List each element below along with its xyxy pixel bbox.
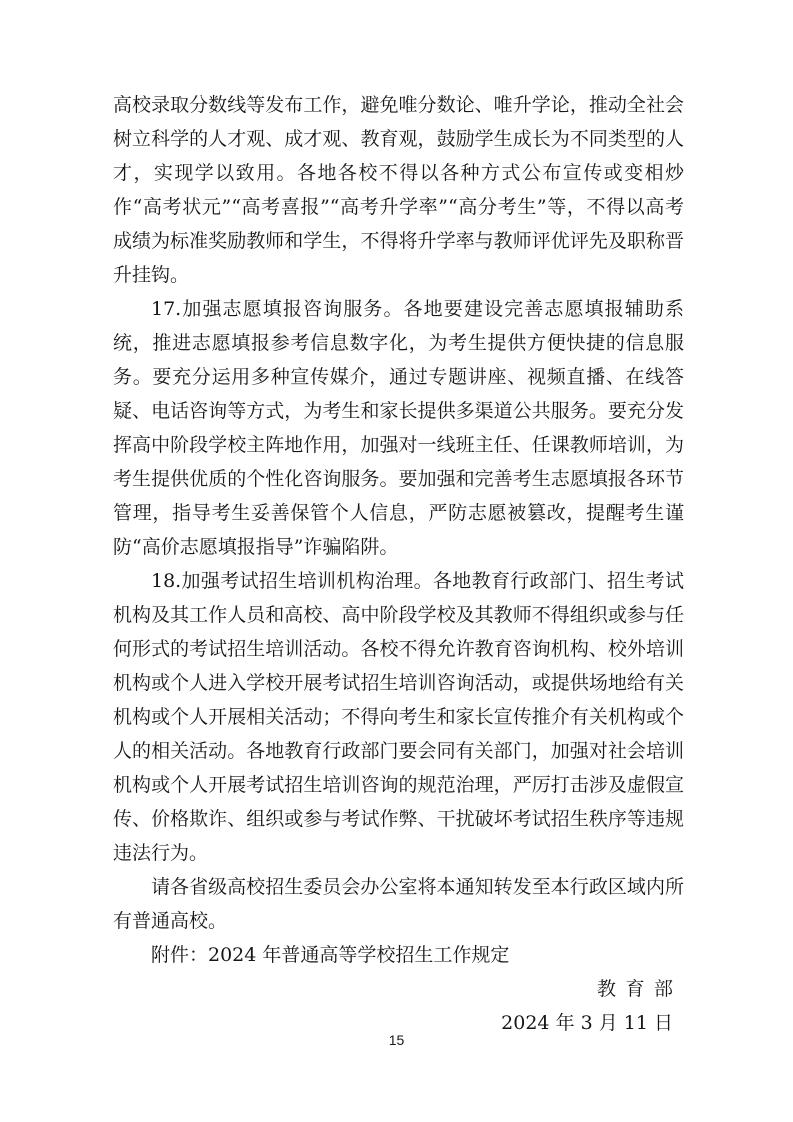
paragraph-list: 高校录取分数线等发布工作，避免唯分数论、唯升学论，推动全社会树立科学的人才观、成… [113, 88, 684, 972]
document-body: 高校录取分数线等发布工作，避免唯分数论、唯升学论，推动全社会树立科学的人才观、成… [113, 88, 684, 1040]
signature-block: 教 育 部 2024 年 3 月 11 日 [113, 972, 684, 1040]
item-18-paragraph: 18.加强考试招生培训机构治理。各地教育行政部门、招生考试机构及其工作人员和高校… [113, 564, 684, 870]
continuation-paragraph: 高校录取分数线等发布工作，避免唯分数论、唯升学论，推动全社会树立科学的人才观、成… [113, 88, 684, 292]
item-17-paragraph: 17.加强志愿填报咨询服务。各地要建设完善志愿填报辅助系统，推进志愿填报参考信息… [113, 292, 684, 564]
signature-issuer: 教 育 部 [113, 972, 673, 1006]
attachment-line: 附件：2024 年普通高等学校招生工作规定 [113, 938, 684, 972]
closing-request-paragraph: 请各省级高校招生委员会办公室将本通知转发至本行政区域内所有普通高校。 [113, 870, 684, 938]
page-number: 15 [0, 1032, 793, 1048]
document-page: 高校录取分数线等发布工作，避免唯分数论、唯升学论，推动全社会树立科学的人才观、成… [0, 0, 793, 1122]
